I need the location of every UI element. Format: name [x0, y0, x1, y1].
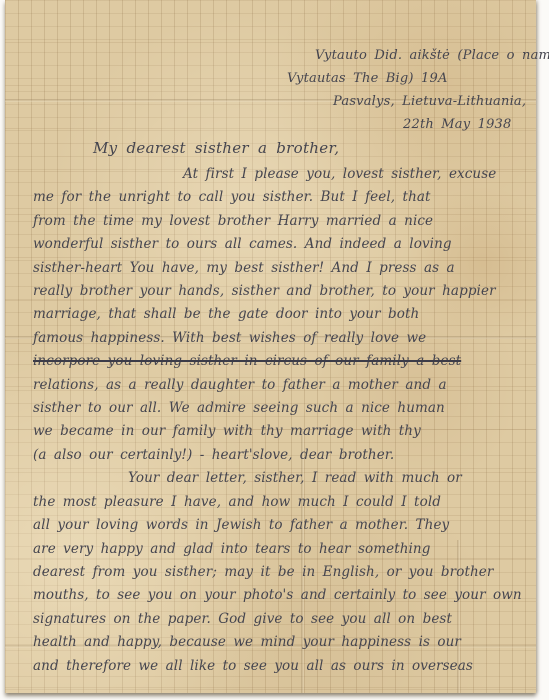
letter-body-line: health and happy, because we mind your h… [33, 631, 525, 654]
letter-paper: Vytauto Did. aikštė (Place o nameVytauta… [5, 0, 536, 693]
letter-body-line: wonderful sisther to ours all cames. And… [33, 233, 525, 256]
letter-body-line: are very happy and glad into tears to he… [33, 538, 525, 561]
letter-body: At first I please you, lovest sisther, e… [33, 163, 525, 678]
letter-body-line: we became in our family with thy marriag… [33, 420, 525, 443]
letter-body-line: famous happiness. With best wishes of re… [33, 327, 525, 350]
letter-body-line: marriage, that shall be the gate door in… [33, 303, 525, 326]
header-line: Vytauto Did. aikštė (Place o name [315, 44, 537, 67]
letter-header-address-date: Vytauto Did. aikštė (Place o nameVytauta… [287, 44, 537, 136]
letter-body-line: Your dear letter, sisther, I read with m… [33, 467, 525, 490]
letter-body-line: mouths, to see you on your photo's and c… [33, 584, 525, 607]
header-line: Vytautas The Big) 19A [287, 67, 537, 90]
letter-body-line: (a also our certainly!) - heart'slove, d… [33, 444, 525, 467]
letter-scan: Vytauto Did. aikštė (Place o nameVytauta… [0, 0, 549, 700]
letter-body-line: really brother your hands, sisther and b… [33, 280, 525, 303]
letter-body-line: sisther to our all. We admire seeing suc… [33, 397, 525, 420]
letter-body-line: incorpore you loving sisther in circus o… [33, 350, 525, 373]
letter-body-line: the most pleasure I have, and how much I… [33, 491, 525, 514]
letter-body-line: all your loving words in Jewish to fathe… [33, 514, 525, 537]
header-line: Pasvalys, Lietuva-Lithuania, [333, 90, 537, 113]
letter-body-line: relations, as a really daughter to fathe… [33, 374, 525, 397]
letter-body-line: and therefore we all like to see you all… [33, 655, 525, 678]
letter-body-line: sisther-heart You have, my best sisther!… [33, 257, 525, 280]
letter-body-line: dearest from you sisther; may it be in E… [33, 561, 525, 584]
letter-body-line: me for the unright to call you sisther. … [33, 186, 525, 209]
header-line: 22th May 1938 [403, 113, 537, 136]
letter-body-line: signatures on the paper. God give to see… [33, 608, 525, 631]
letter-body-line: At first I please you, lovest sisther, e… [33, 163, 525, 186]
letter-salutation: My dearest sisther a brother, [93, 139, 339, 157]
letter-body-line: from the time my lovest brother Harry ma… [33, 210, 525, 233]
